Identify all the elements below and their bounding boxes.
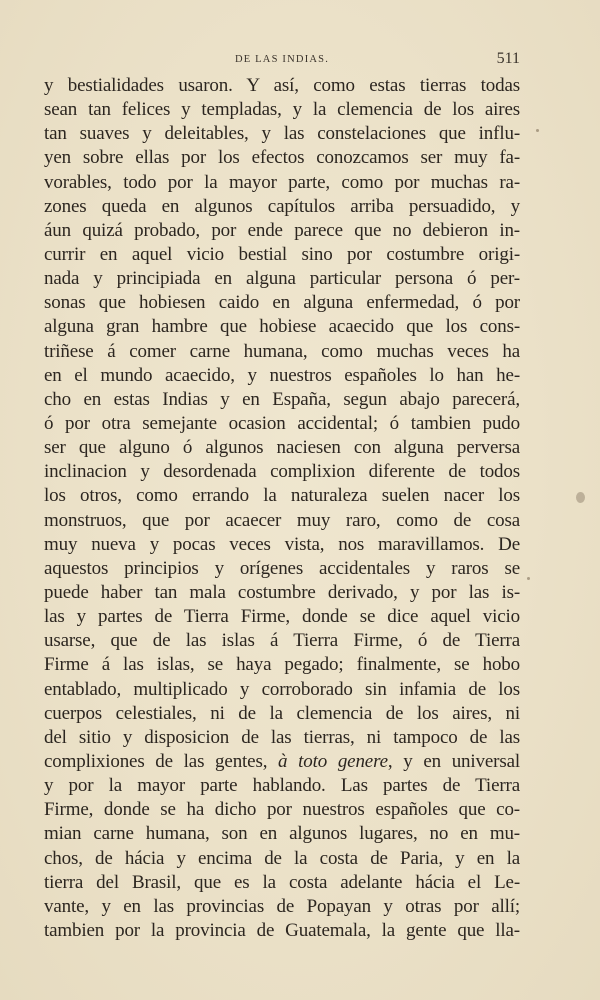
text-line: zones queda en algunos capítulos arriba … bbox=[44, 195, 520, 219]
text-line: tan suaves y deleitables, y las constela… bbox=[44, 122, 520, 146]
text-line: en el mundo acaecido, y nuestros español… bbox=[44, 364, 520, 388]
paper-speck bbox=[536, 129, 539, 132]
running-head: DE LAS INDIAS. 511 bbox=[44, 52, 520, 68]
text-line: puede haber tan mala costumbre derivado,… bbox=[44, 581, 520, 605]
text-line: vorables, todo por la mayor parte, como … bbox=[44, 171, 520, 195]
text-line-with-italic: complixiones de las gentes, à toto gener… bbox=[44, 750, 520, 774]
text-line: las y partes de Tierra Firme, donde se d… bbox=[44, 605, 520, 629]
paper-speck bbox=[576, 492, 585, 503]
text-line: currir en aquel vicio bestial sino por c… bbox=[44, 243, 520, 267]
text-segment: complixiones de las gentes, bbox=[44, 751, 278, 772]
text-line: vante, y en las provincias de Popayan y … bbox=[44, 895, 520, 919]
text-line: tierra del Brasil, que es la costa adela… bbox=[44, 871, 520, 895]
page-number: 511 bbox=[497, 50, 520, 68]
body-text: y bestialidades usaron. Y así, como esta… bbox=[44, 74, 520, 943]
text-line: y por la mayor parte hablando. Las parte… bbox=[44, 774, 520, 798]
text-line: ó por otra semejante ocasion accidental;… bbox=[44, 412, 520, 436]
text-line: sean tan felices y templadas, y la cleme… bbox=[44, 98, 520, 122]
text-line: alguna gran hambre que hobiese acaecido … bbox=[44, 315, 520, 339]
text-segment: , y en universal bbox=[388, 751, 520, 772]
text-line: nada y principiada en alguna particular … bbox=[44, 267, 520, 291]
text-line: sonas que hobiesen caido en alguna enfer… bbox=[44, 291, 520, 315]
latin-phrase: à toto genere bbox=[278, 751, 388, 772]
running-title: DE LAS INDIAS. bbox=[44, 54, 520, 65]
text-line: chos, de hácia y encima de la costa de P… bbox=[44, 847, 520, 871]
text-line: áun quizá probado, por ende parece que n… bbox=[44, 219, 520, 243]
text-line: del sitio y disposicion de las tierras, … bbox=[44, 726, 520, 750]
text-line: usarse, que de las islas á Tierra Firme,… bbox=[44, 629, 520, 653]
text-line: monstruos, que por acaecer muy raro, com… bbox=[44, 509, 520, 533]
text-line: Firme á las islas, se haya pegado; final… bbox=[44, 653, 520, 677]
text-line: yen sobre ellas por los efectos conozcam… bbox=[44, 146, 520, 170]
text-line: cuerpos celestiales, ni de la clemencia … bbox=[44, 702, 520, 726]
text-line: muy nueva y pocas veces vista, nos marav… bbox=[44, 533, 520, 557]
text-line: y bestialidades usaron. Y así, como esta… bbox=[44, 74, 520, 98]
text-line: triñese á comer carne humana, como mucha… bbox=[44, 340, 520, 364]
text-line: tambien por la provincia de Guatemala, l… bbox=[44, 919, 520, 943]
text-line: aquestos principios y orígenes accidenta… bbox=[44, 557, 520, 581]
text-line: cho en estas Indias y en España, segun a… bbox=[44, 388, 520, 412]
text-line: los otros, como errando la naturaleza su… bbox=[44, 484, 520, 508]
text-line: Firme, donde se ha dicho por nuestros es… bbox=[44, 798, 520, 822]
text-line: ser que alguno ó algunos naciesen con al… bbox=[44, 436, 520, 460]
book-page: DE LAS INDIAS. 511 y bestialidades usaro… bbox=[0, 0, 600, 1000]
text-line: entablado, multiplicado y corroborado si… bbox=[44, 678, 520, 702]
text-line: inclinacion y desordenada complixion dif… bbox=[44, 460, 520, 484]
text-line: mian carne humana, son en algunos lugare… bbox=[44, 822, 520, 846]
paper-speck bbox=[527, 577, 530, 580]
